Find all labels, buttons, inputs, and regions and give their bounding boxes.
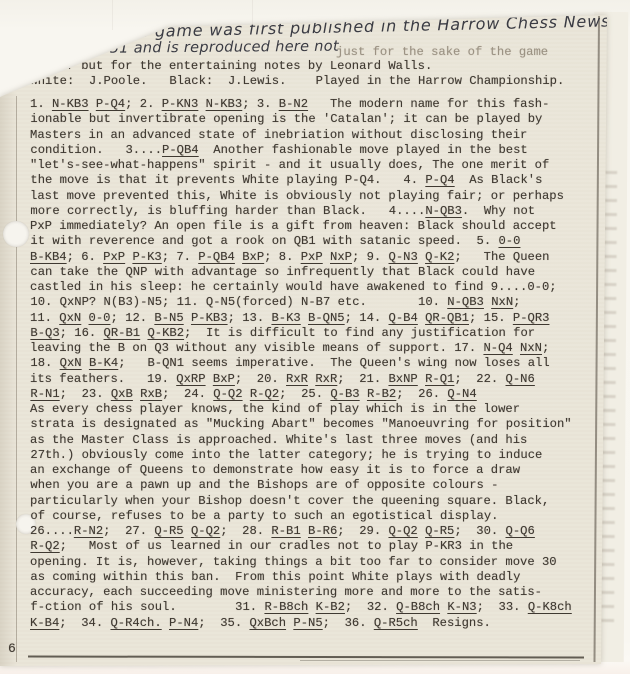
typed-line: more correctly, is bluffing harder than …: [30, 204, 571, 219]
handwritten-annotation-line2: of Feb. 1951 and is reproduced here not: [34, 39, 339, 58]
page-number: 6: [8, 641, 16, 656]
typed-line: its feathers. 19. QxRP BxP; 20. RxR RxR;…: [30, 372, 571, 387]
typed-line: leaving the B on Q3 without any visible …: [30, 341, 571, 356]
typed-line: B-Q3; 16. QR-B1 Q-KB2; It is difficult t…: [30, 326, 571, 341]
typed-intro-block: itself but for the entertaining notes by…: [30, 59, 564, 90]
typed-line: opening. It is, however, taking things a…: [30, 555, 571, 570]
paper-sheet: This game was first published in the Har…: [0, 0, 630, 674]
typed-line: accuracy, each succeeding move ministeri…: [30, 585, 571, 600]
paper-right-edge-line: [593, 16, 600, 662]
typed-line: castled in his sleep: he certainly would…: [30, 280, 571, 295]
typed-line: particularly when your Bishop doesn't co…: [30, 494, 571, 509]
paper-left-edge-shade: [0, 92, 17, 666]
paper-left-edge-line: [16, 96, 17, 662]
typed-line: 11. QxN 0-0; 12. B-N5 P-KB3; 13. B-K3 B-…: [30, 311, 571, 326]
typed-line: R-N1; 23. QxB RxB; 24. Q-Q2 R-Q2; 25. Q-…: [30, 387, 571, 402]
typed-line: 18. QxN B-K4; B-QN1 seems imperative. Th…: [30, 356, 571, 371]
typed-faded-continuation: just for the sake of the game: [336, 45, 548, 59]
typed-line: 1. N-KB3 P-Q4; 2. P-KN3 N-KB3; 3. B-N2 T…: [30, 97, 571, 112]
typed-line: 27th.) obviously come into the latter ca…: [30, 448, 571, 463]
scanned-page: This game was first published in the Har…: [0, 0, 630, 674]
typed-line: as the Master Class is approached. White…: [30, 433, 571, 448]
typed-line: last move prevented this, White is obvio…: [30, 189, 571, 204]
typed-line: an exchange of Queens to demonstrate how…: [30, 463, 571, 478]
typed-line: K-B4; 34. Q-R4ch. P-N4; 35. QxBch P-N5; …: [30, 616, 571, 631]
bottom-rule-line: [28, 656, 584, 659]
typed-line: f-ction of his soul. 31. R-B8ch K-B2; 32…: [30, 600, 571, 615]
typed-line: As every chess player knows, the kind of…: [30, 402, 571, 417]
typed-line: B-KB4; 6. PxP P-K3; 7. P-QB4 BxP; 8. PxP…: [30, 250, 571, 265]
typed-line: can take the QNP with advantage so infre…: [30, 265, 571, 280]
typed-intro-line: itself but for the entertaining notes by…: [30, 59, 564, 74]
typed-line: PxP immediately? An open file is a gift …: [30, 219, 571, 234]
bottom-rule-faint-line: [300, 660, 580, 661]
typed-line: "let's-see-what-happens" spirit - and it…: [30, 158, 571, 173]
typed-line: Masters in an advanced state of inebriat…: [30, 128, 571, 143]
typed-line: when you are a pawn up and the Bishops a…: [30, 478, 571, 493]
typed-intro-line: White: J.Poole. Black: J.Lewis. Played i…: [30, 74, 564, 89]
paper-shadow-wrap: This game was first published in the Har…: [0, 0, 630, 674]
typed-body-block: 1. N-KB3 P-Q4; 2. P-KN3 N-KB3; 3. B-N2 T…: [30, 97, 571, 631]
hole-punch: [3, 221, 29, 247]
typed-line: 26....R-N2; 27. Q-R5 Q-Q2; 28. R-B1 B-R6…: [30, 524, 571, 539]
typed-line: it with reverence and got a rook on QB1 …: [30, 234, 571, 249]
typed-line: of course, refuses to be a party to such…: [30, 509, 571, 524]
typed-line: ionable but invertibrate opening is the …: [30, 112, 571, 127]
handwritten-annotation-line1: This game was first published in the Har…: [113, 11, 610, 41]
typed-line: strata is designated as "Mucking Abart" …: [30, 417, 571, 432]
typed-line: condition. 3....P-QB4 Another fashionabl…: [30, 143, 571, 158]
typed-line: 10. QxNP? N(B3)-N5; 11. Q-N5(forced) N-B…: [30, 295, 571, 310]
typed-line: as coming within this ban. From this poi…: [30, 570, 571, 585]
typed-line: the move is that it prevents White playi…: [30, 173, 571, 188]
typed-line: R-Q2; Most of us learned in our cradles …: [30, 539, 571, 554]
